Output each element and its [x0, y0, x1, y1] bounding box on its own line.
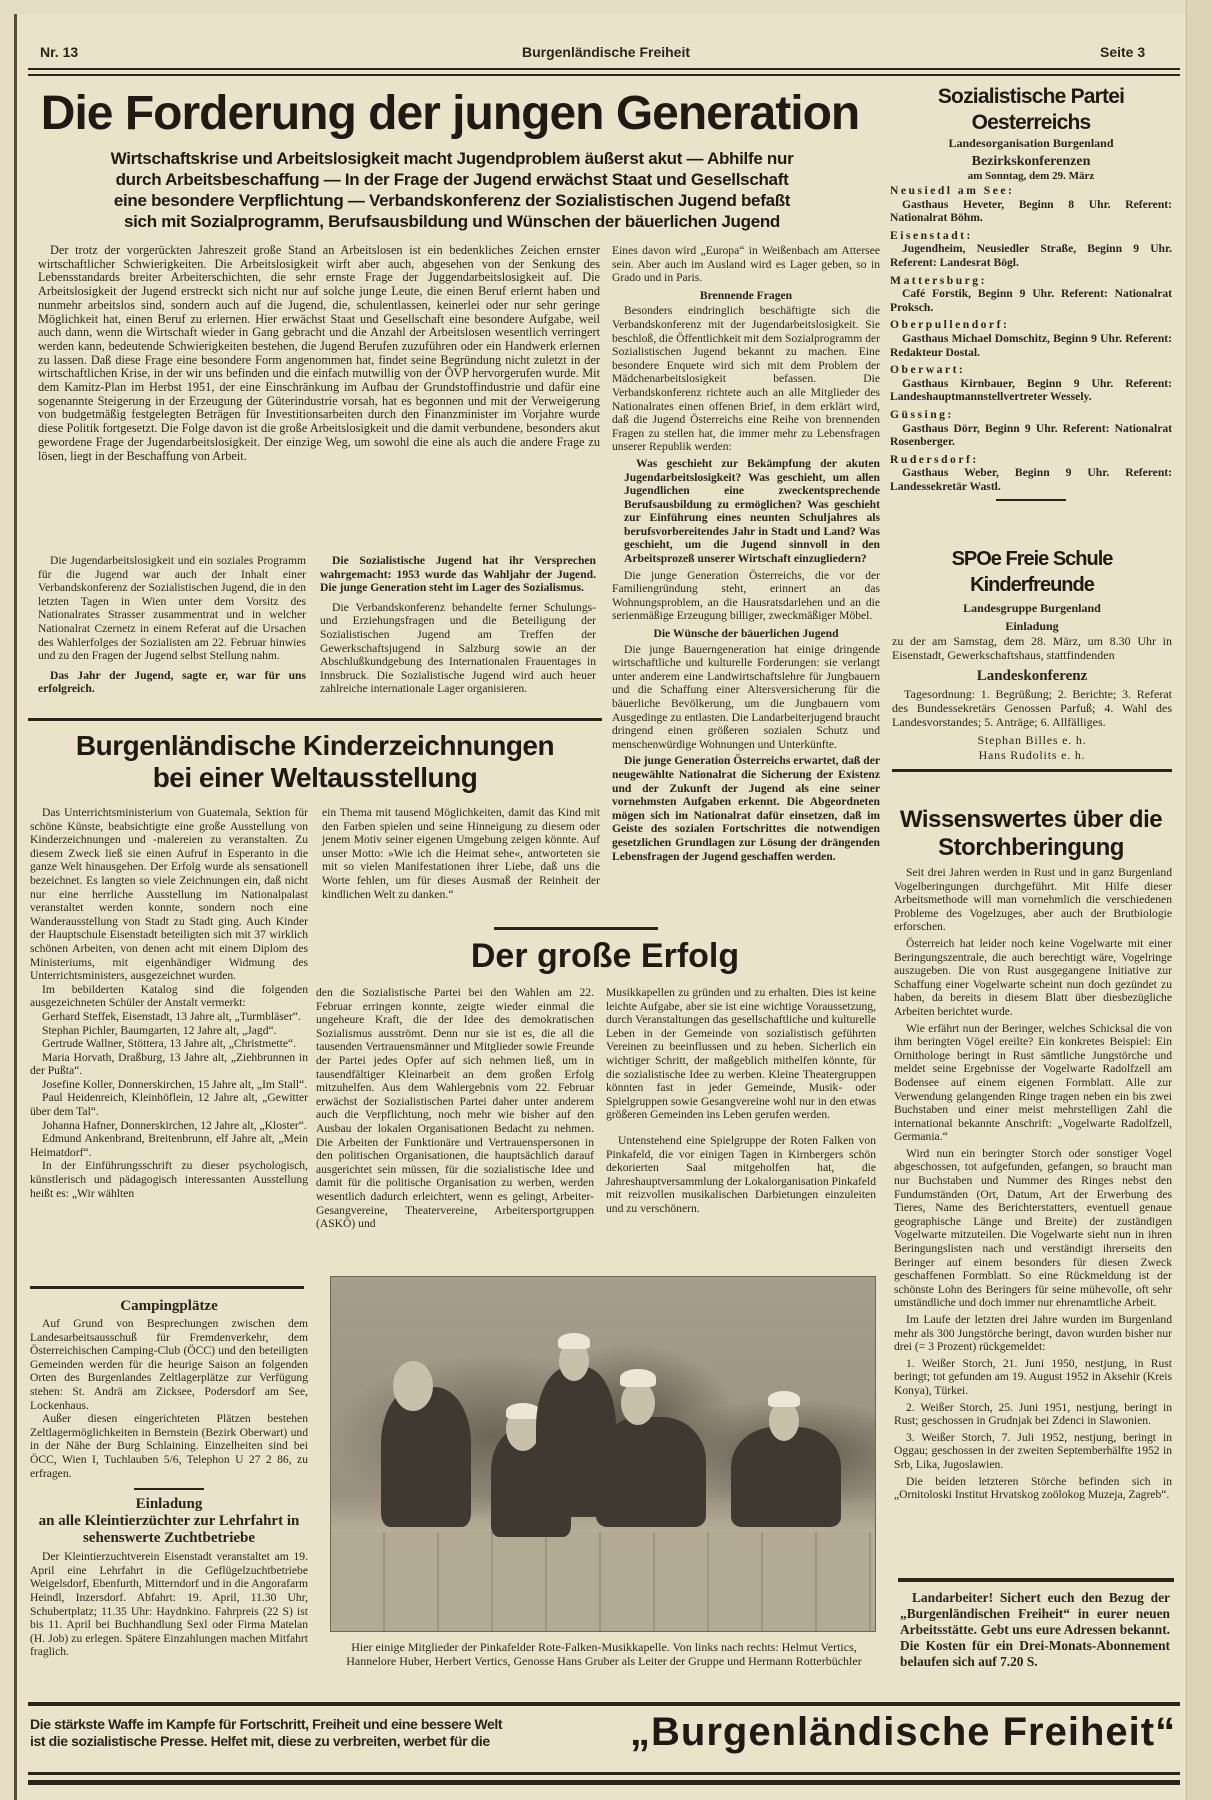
paragraph: Seit drei Jahren werden in Rust und in g… [894, 866, 1172, 934]
kinderzeichnungen-column-2: ein Thema mit tausend Möglichkeiten, dam… [322, 806, 600, 901]
student-entry: Stephan Pichler, Baumgarten, 12 Jahre al… [30, 1024, 308, 1038]
paragraph: Außer diesen eingerichteten Plätzen best… [30, 1412, 308, 1480]
erfolg-headline: Der große Erfolg [320, 936, 890, 976]
headline-line: Storchberingung [890, 834, 1172, 862]
student-entry: Gertrude Wallner, Stöttera, 13 Jahre alt… [30, 1037, 308, 1051]
paragraph: In der Einführungsschrift zu dieser psyc… [30, 1159, 308, 1200]
article-title: Campingplätze [30, 1298, 308, 1315]
student-entry: Johanna Hafner, Donnerskirchen, 12 Jahre… [30, 1119, 308, 1133]
paragraph: 1. Weißer Storch, 21. Juni 1950, nestjun… [894, 1357, 1172, 1398]
conference-entry: Mattersburg:Café Forstik, Beginn 9 Uhr. … [890, 274, 1172, 315]
student-entry: Paul Heidenreich, Kleinhöflein, 12 Jahre… [30, 1091, 308, 1118]
paragraph-bold: Das Jahr der Jugend, sagte er, war für u… [38, 669, 306, 696]
student-entry: Edmund Ankenbrand, Breitenbrunn, elf Jah… [30, 1132, 308, 1159]
box-org: Landesorganisation Burgenland [890, 136, 1172, 151]
conference-entry: Eisenstadt:Jugendheim, Neusiedler Straße… [890, 229, 1172, 270]
divider [892, 769, 1172, 772]
section-divider [494, 927, 658, 930]
section-divider [30, 1286, 304, 1289]
erfolg-column-2: Musikkapellen zu gründen und zu erhalten… [606, 986, 876, 1216]
paragraph-bold: Was geschieht zur Bekämpfung der akuten … [624, 457, 880, 566]
erfolg-column-1: den die Sozialistische Partei bei den Wa… [316, 986, 594, 1231]
paragraph: Landarbeiter! Sichert euch den Bezug der… [900, 1590, 1170, 1670]
paragraph: Österreich hat leider noch keine Vogelwa… [894, 937, 1172, 1019]
lead-subheadline: Wirtschaftskrise und Arbeitslosigkeit ma… [28, 148, 876, 232]
paragraph: Das Unterrichtsministerium von Guatemala… [30, 806, 308, 983]
subheadline-line: Wirtschaftskrise und Arbeitslosigkeit ma… [28, 148, 876, 169]
paragraph: 3. Weißer Storch, 7. Juli 1952, nestjung… [894, 1431, 1172, 1472]
section-divider [28, 718, 602, 721]
lead-column-1: Die Jugendarbeitslosigkeit und ein sozia… [38, 554, 306, 696]
paragraph: Die Jugendarbeitslosigkeit und ein sozia… [38, 554, 306, 663]
box-event: Bezirkskonferenzen [890, 154, 1172, 170]
lead-headline: Die Forderung der jungen Generation [40, 86, 860, 142]
paragraph: ein Thema mit tausend Möglichkeiten, dam… [322, 806, 600, 901]
paragraph: Untenstehend eine Spielgruppe der Roten … [606, 1134, 876, 1216]
paragraph: Im bebilderten Katalog sind die folgende… [30, 983, 308, 1010]
subheadline-line: durch Arbeitsbeschaffung — In der Frage … [28, 169, 876, 190]
paragraph: 2. Weißer Storch, 25. Juni 1951, nestjun… [894, 1401, 1172, 1428]
photo-rote-falken-band [330, 1276, 876, 1632]
box-title: Sozialistische Partei Oesterreichs [890, 84, 1172, 136]
photo-figure [769, 1401, 799, 1441]
box-agenda: Tagesordnung: 1. Begrüßung; 2. Berichte;… [892, 687, 1172, 729]
subheadline-line: eine besondere Verpflichtung — Verbandsk… [28, 190, 876, 211]
storch-article: Seit drei Jahren werden in Rust und in g… [894, 866, 1172, 1502]
signature: Stephan Billes e. h. [892, 733, 1172, 748]
paragraph: Der Kleintierzuchtverein Eisenstadt vera… [30, 1550, 308, 1659]
paragraph: Die Verbandskonferenz behandelte ferner … [320, 601, 596, 696]
paragraph: den die Sozialistische Partei bei den Wa… [316, 986, 594, 1231]
paragraph: Die junge Generation Österreichs, die vo… [612, 569, 880, 623]
photo-figure [506, 1403, 540, 1419]
paper-name: Burgenländische Freiheit [0, 44, 1212, 60]
student-entry: Maria Horvath, Draßburg, 13 Jahre alt, „… [30, 1051, 308, 1078]
photo-figure [393, 1361, 433, 1411]
conference-entry: Oberpullendorf:Gasthaus Michael Domschit… [890, 318, 1172, 359]
photo-figure [620, 1369, 656, 1387]
lead-column-3: Eines davon wird „Europa“ in Weißenbach … [612, 244, 880, 863]
article-subtitle: an alle Kleintierzüchter zur Lehrfahrt i… [30, 1513, 308, 1547]
paragraph: Die beiden letzteren Störche befinden si… [894, 1475, 1172, 1502]
paragraph: Der trotz der vorgerückten Jahreszeit gr… [38, 244, 600, 463]
box-text: zu der am Samstag, dem 28. März, um 8.30… [892, 634, 1172, 662]
photo-figure [381, 1387, 471, 1527]
page-edge [1186, 0, 1212, 1800]
header-rule [28, 68, 1180, 76]
paragraph: Die junge Bauerngeneration hat einige dr… [612, 643, 880, 752]
conference-entry: Güssing:Gasthaus Dörr, Beginn 9 Uhr. Ref… [890, 408, 1172, 449]
divider [134, 1488, 204, 1490]
footer-brand: „Burgenländische Freiheit“ [630, 1708, 1180, 1756]
conference-entry: Oberwart:Gasthaus Kirnbauer, Beginn 9 Uh… [890, 363, 1172, 404]
camping-article: Campingplätze Auf Grund von Besprechunge… [30, 1298, 308, 1659]
kinderzeichnungen-headline: Burgenländische Kinderzeichnungen bei ei… [30, 730, 600, 794]
conference-entry: Rudersdorf:Gasthaus Weber, Beginn 9 Uhr.… [890, 453, 1172, 494]
box-event: Landeskonferenz [892, 668, 1172, 685]
article-title: Einladung [30, 1496, 308, 1513]
paragraph: Auf Grund von Besprechungen zwischen dem… [30, 1317, 308, 1412]
headline-line: bei einer Weltausstellung [30, 762, 600, 794]
headline-line: Wissenswertes über die [890, 806, 1172, 834]
spoe-announcement: Sozialistische Partei Oesterreichs Lande… [890, 84, 1172, 501]
section-heading: Die Wünsche der bäuerlichen Jugend [612, 627, 880, 641]
section-heading: Brennende Fragen [612, 289, 880, 303]
conference-entry: Neusiedl am See:Gasthaus Heveter, Beginn… [890, 184, 1172, 225]
student-entry: Gerhard Steffek, Eisenstadt, 13 Jahre al… [30, 1010, 308, 1024]
headline-line: Burgenländische Kinderzeichnungen [30, 730, 600, 762]
photo-stage [331, 1532, 875, 1631]
landarbeiter-notice: Landarbeiter! Sichert euch den Bezug der… [900, 1590, 1170, 1670]
photo-figure [731, 1427, 841, 1527]
photo-figure [596, 1417, 706, 1527]
paragraph: Wird nun ein beringter Storch oder sonst… [894, 1147, 1172, 1310]
box-invite: Einladung [892, 619, 1172, 634]
paragraph-bold: Die junge Generation Österreichs erwarte… [612, 754, 880, 863]
box-group: Landesgruppe Burgenland [892, 601, 1172, 616]
photo-figure [768, 1391, 800, 1407]
lead-column-2: Die Sozialistische Jugend hat ihr Verspr… [320, 554, 596, 696]
paragraph: Eines davon wird „Europa“ in Weißenbach … [612, 244, 880, 285]
footer-rule-top [28, 1702, 1180, 1706]
storch-headline: Wissenswertes über die Storchberingung [890, 806, 1172, 862]
footer-rule-bottom [28, 1780, 1180, 1785]
paragraph: Wie erfährt nun der Beringer, welches Sc… [894, 1022, 1172, 1144]
page-number: Seite 3 [1100, 44, 1145, 60]
box-title: SPOe Freie Schule Kinderfreunde [892, 546, 1172, 598]
kinderfreunde-announcement: SPOe Freie Schule Kinderfreunde Landesgr… [892, 546, 1172, 772]
conference-list: Neusiedl am See:Gasthaus Heveter, Beginn… [890, 184, 1172, 493]
signature: Hans Rudolits e. h. [892, 748, 1172, 763]
paragraph: Musikkapellen zu gründen und zu erhalten… [606, 986, 876, 1122]
slogan-line: Die stärkste Waffe im Kampfe für Fortsch… [30, 1716, 630, 1733]
paragraph: Im Laufe der letzten drei Jahre wurden i… [894, 1313, 1172, 1354]
footer-slogan: Die stärkste Waffe im Kampfe für Fortsch… [30, 1716, 630, 1750]
photo-caption: Hier einige Mitglieder der Pinkafelder R… [326, 1640, 882, 1668]
divider [996, 499, 1066, 501]
lead-intro: Der trotz der vorgerückten Jahreszeit gr… [38, 244, 600, 463]
paragraph: Besonders eindringlich beschäftigte sich… [612, 304, 880, 454]
footer-rule-mid [28, 1772, 1180, 1775]
paragraph-bold: Die Sozialistische Jugend hat ihr Verspr… [320, 554, 596, 595]
slogan-line: ist die sozialistische Presse. Helfet mi… [30, 1733, 630, 1750]
subheadline-line: sich mit Sozialprogramm, Berufsausbildun… [28, 211, 876, 232]
photo-figure [621, 1381, 655, 1425]
kinderzeichnungen-column-1: Das Unterrichtsministerium von Guatemala… [30, 806, 308, 1200]
section-divider [898, 1578, 1174, 1582]
student-entry: Josefine Koller, Donnerskirchen, 15 Jahr… [30, 1078, 308, 1092]
box-date: am Sonntag, dem 29. März [890, 170, 1172, 182]
photo-figure [558, 1333, 590, 1349]
